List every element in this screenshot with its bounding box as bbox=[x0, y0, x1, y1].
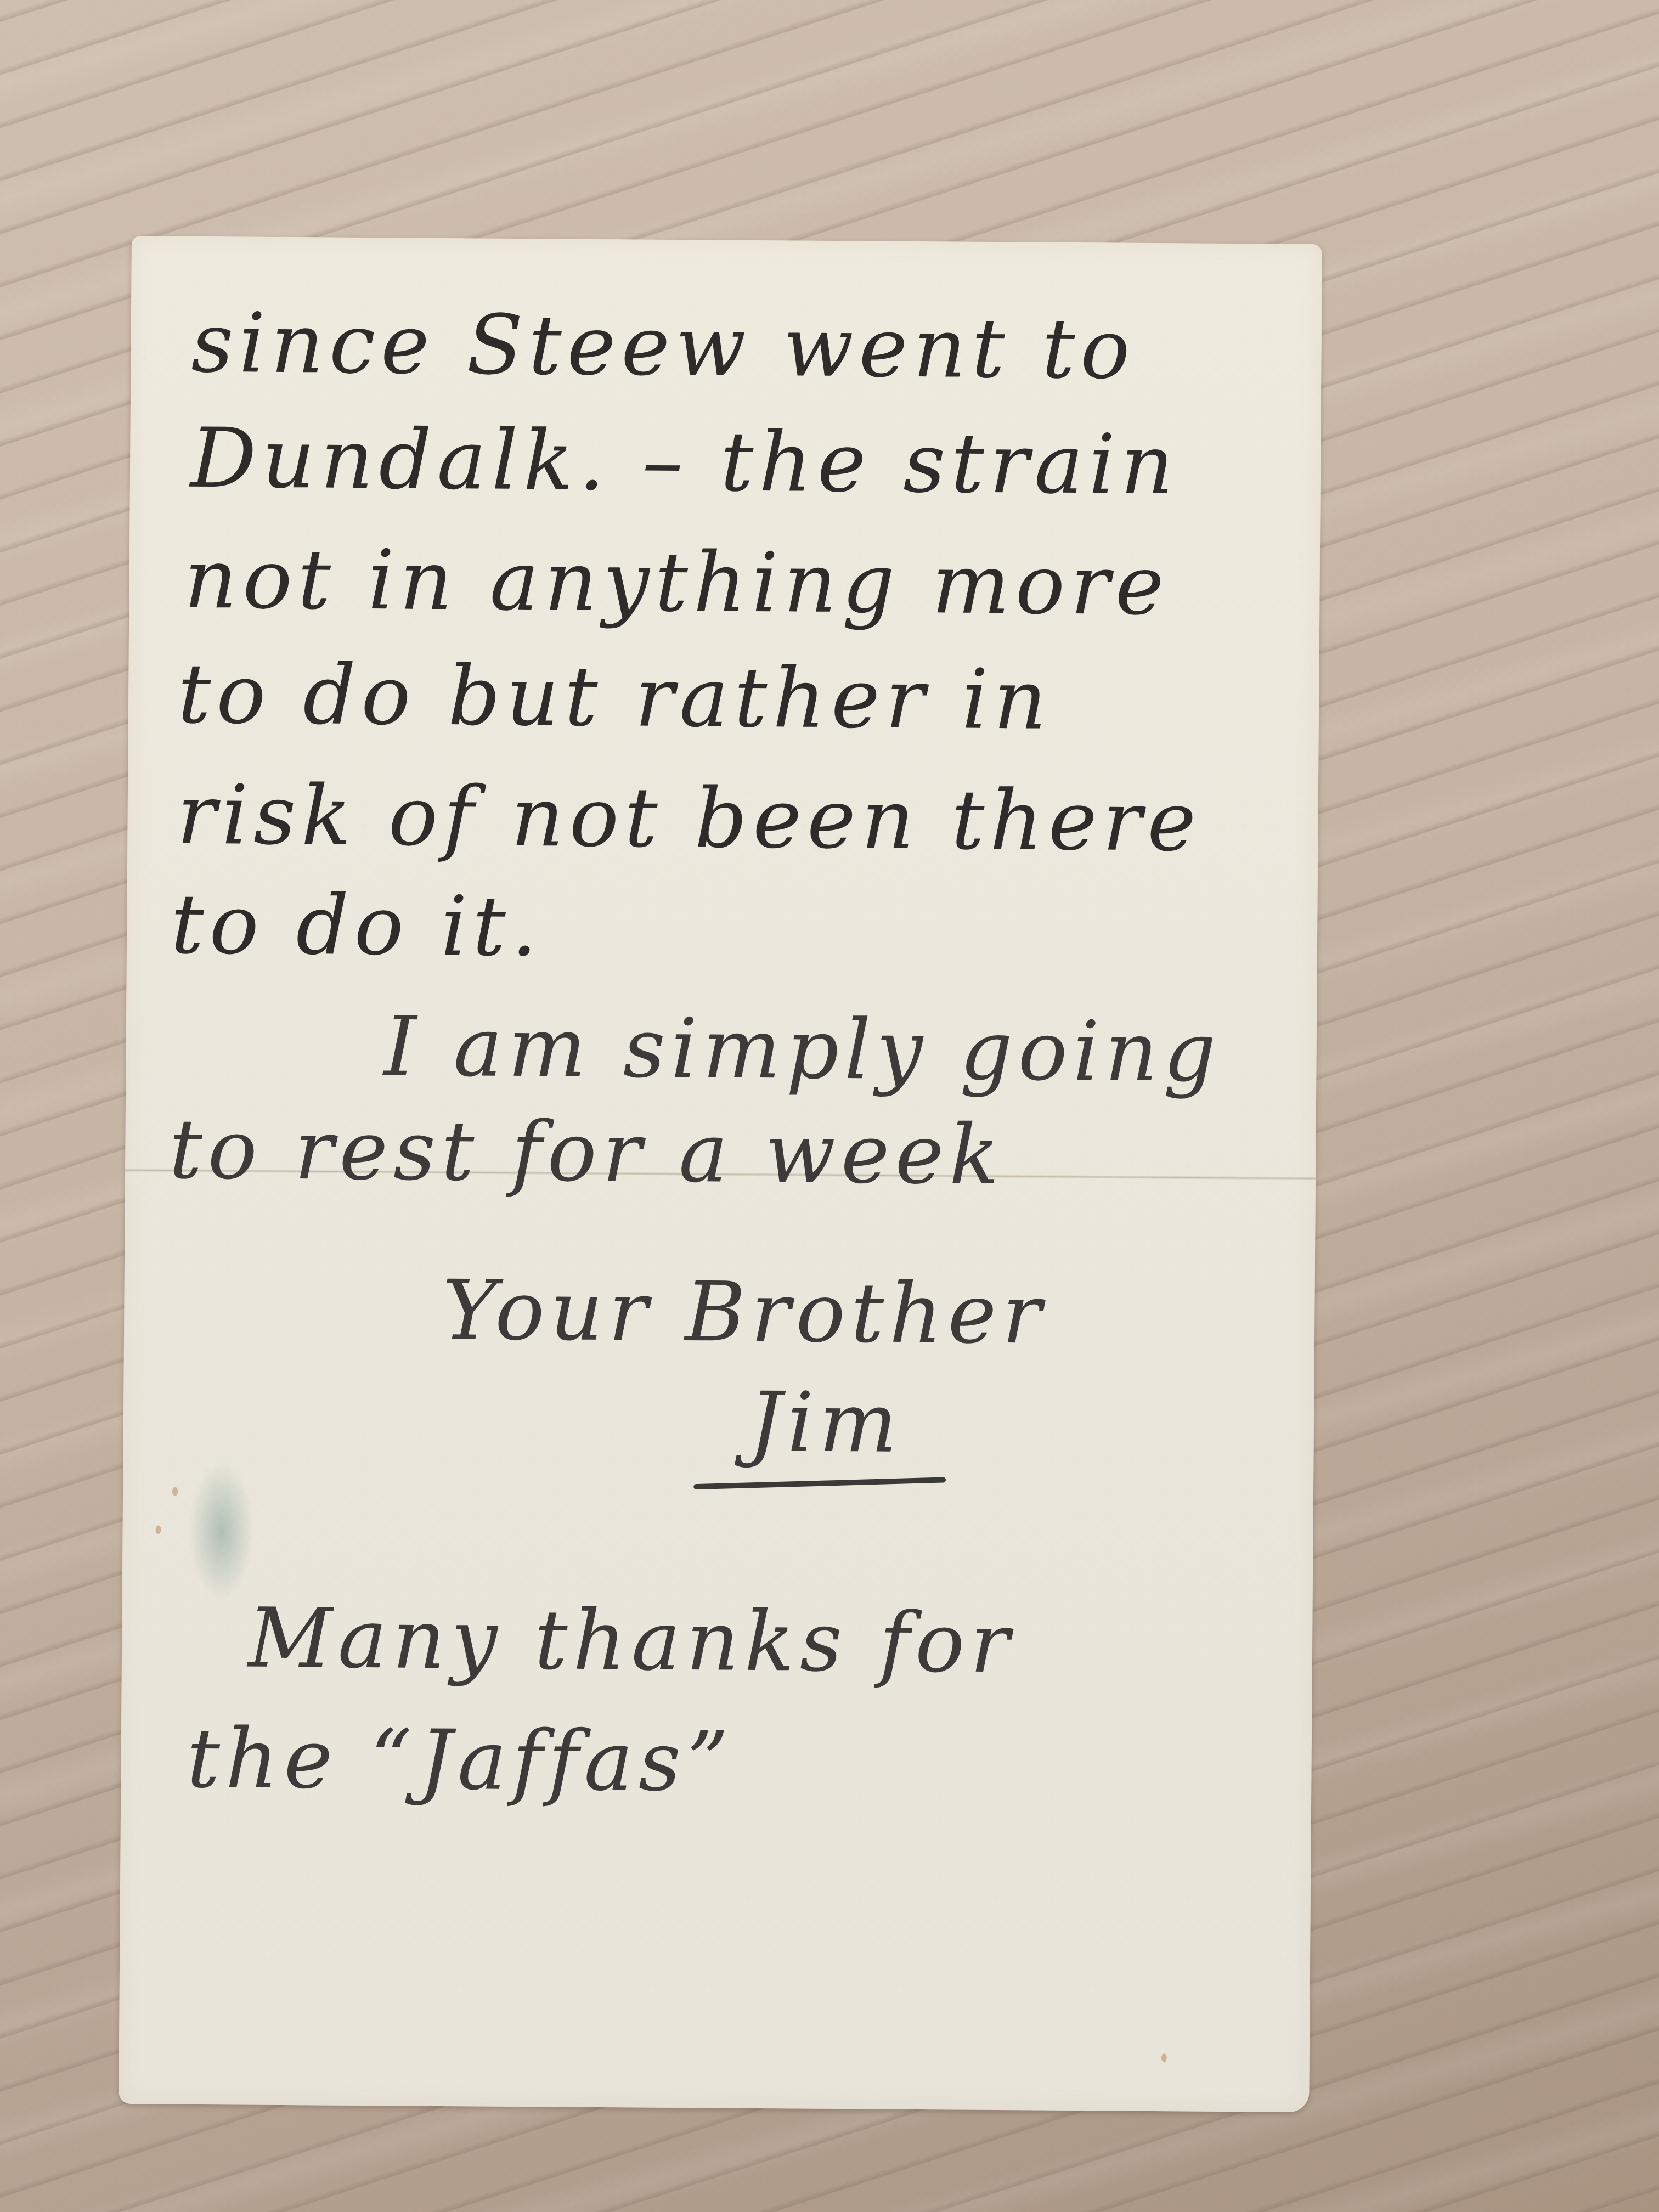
postscript-line-2: the “Jaffas” bbox=[187, 1718, 734, 1804]
foxing-spot bbox=[1161, 2053, 1167, 2062]
letter-line-5: risk of not been there bbox=[177, 774, 1202, 864]
postscript-line-1: Many thanks for bbox=[248, 1598, 1015, 1685]
foxing-spot bbox=[155, 1525, 161, 1534]
letter-closing: Your Brother bbox=[442, 1269, 1047, 1356]
letter-line-3: not in anything more bbox=[184, 538, 1170, 628]
letter-line-7: I am simply going bbox=[383, 1006, 1222, 1094]
letter-line-4: to do but rather in bbox=[178, 653, 1053, 742]
letter-line-1: since Steew went to bbox=[191, 302, 1136, 391]
letter-line-6: to do it. bbox=[171, 884, 543, 969]
letter-signature: Jim bbox=[748, 1381, 902, 1465]
ink-stain bbox=[188, 1460, 255, 1603]
signature-underline bbox=[693, 1477, 946, 1489]
letter-line-8: to rest for a week bbox=[169, 1109, 1005, 1197]
letter-line-2: Dundalk. – the strain bbox=[190, 417, 1180, 507]
letter-card: since Steew went to Dundalk. – the strai… bbox=[119, 236, 1322, 2112]
foxing-spot bbox=[172, 1487, 178, 1496]
